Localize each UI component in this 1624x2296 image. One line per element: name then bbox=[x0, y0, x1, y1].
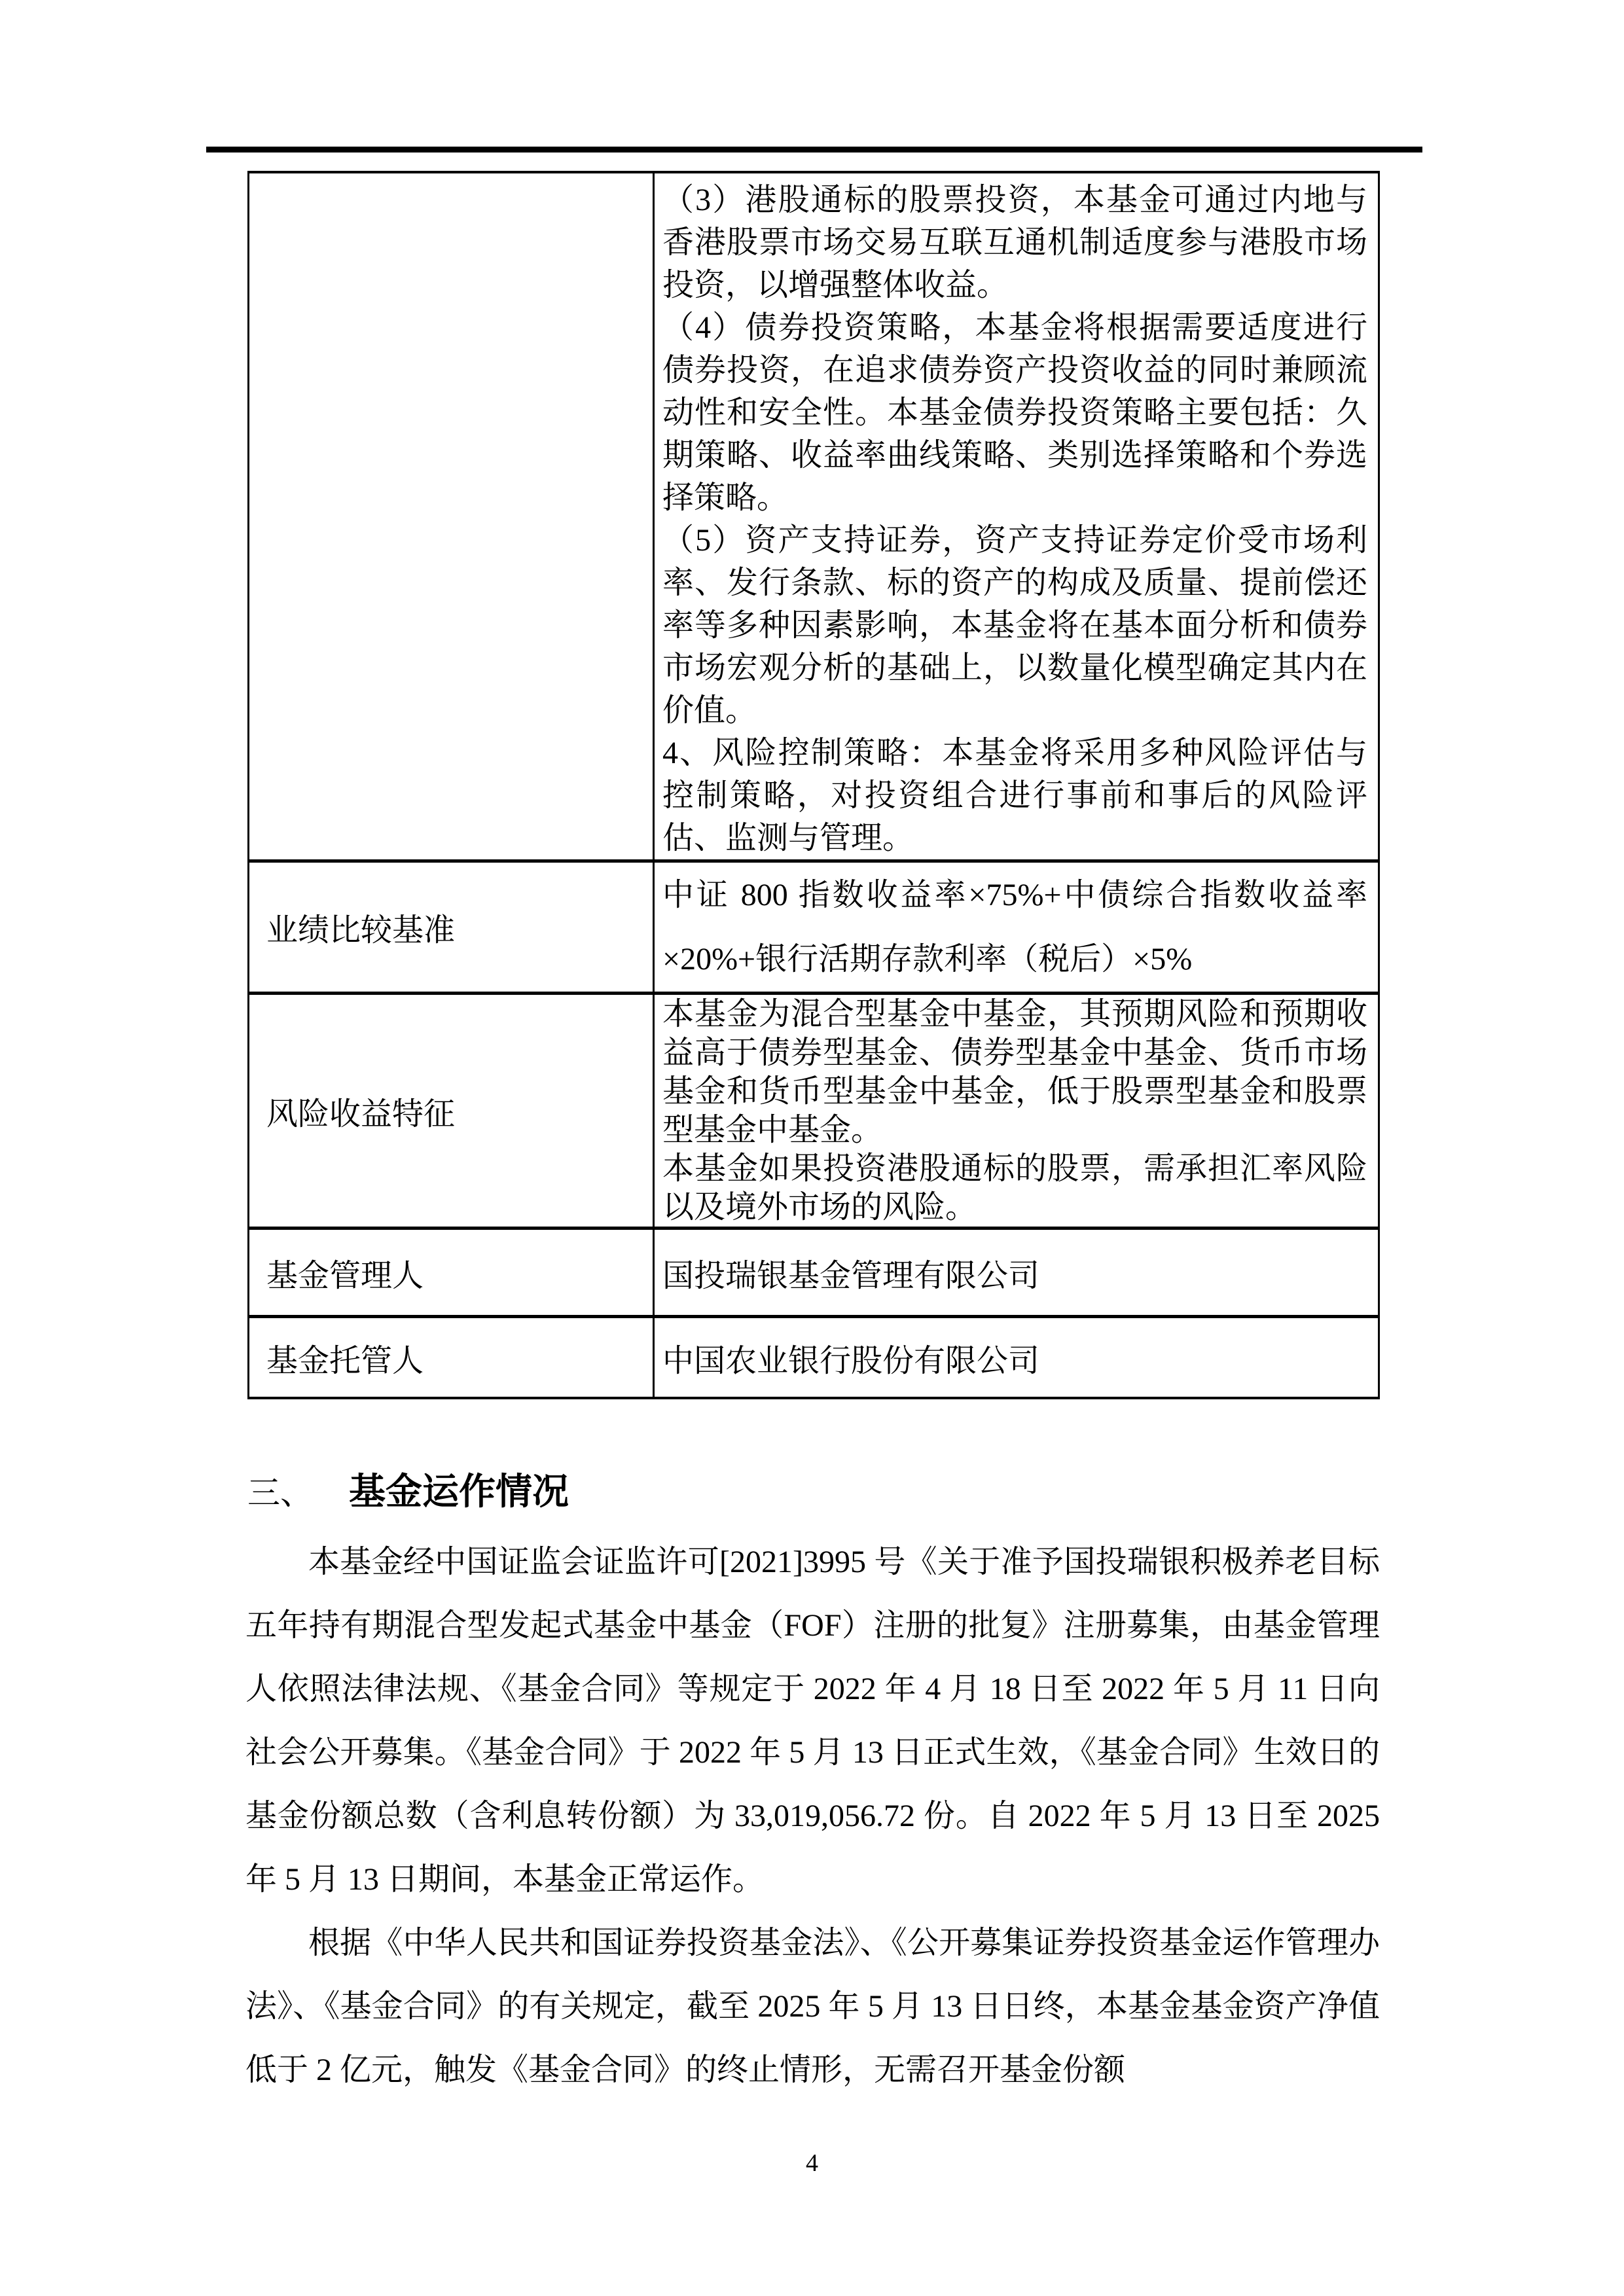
document-page: （3）港股通标的股票投资，本基金可通过内地与香港股票市场交易互联互通机制适度参与… bbox=[0, 0, 1624, 2296]
section-index: 三、 bbox=[247, 1475, 313, 1511]
section-title: 基金运作情况 bbox=[349, 1472, 569, 1513]
cell-paragraph: 国投瑞银基金管理有限公司 bbox=[662, 1250, 1367, 1295]
row-label-cell: 业绩比较基准 bbox=[249, 861, 654, 994]
table-row-benchmark: 业绩比较基准 中证 800 指数收益率×75%+中债综合指数收益率×20%+银行… bbox=[249, 861, 1379, 994]
cell-paragraph: 中国农业银行股份有限公司 bbox=[662, 1335, 1367, 1380]
page-number: 4 bbox=[0, 2149, 1624, 2178]
cell-paragraph: 本基金如果投资港股通标的股票，需承担汇率风险以及境外市场的风险。 bbox=[662, 1149, 1367, 1227]
row-label-cell bbox=[249, 172, 654, 861]
cell-paragraph: 中证 800 指数收益率×75%+中债综合指数收益率×20%+银行活期存款利率（… bbox=[662, 863, 1367, 992]
row-value-cell: 中证 800 指数收益率×75%+中债综合指数收益率×20%+银行活期存款利率（… bbox=[654, 861, 1379, 994]
table-row-fund-custodian: 基金托管人 中国农业银行股份有限公司 bbox=[249, 1317, 1379, 1399]
cell-paragraph: 4、风险控制策略：本基金将采用多种风险评估与控制策略，对投资组合进行事前和事后的… bbox=[662, 732, 1367, 859]
row-label-cell: 风险收益特征 bbox=[249, 994, 654, 1229]
cell-paragraph: 本基金为混合型基金中基金，其预期风险和预期收益高于债券型基金、债券型基金中基金、… bbox=[662, 995, 1367, 1149]
body-paragraph: 本基金经中国证监会证监许可[2021]3995 号《关于准予国投瑞银积极养老目标… bbox=[245, 1530, 1380, 1911]
row-value-cell: 国投瑞银基金管理有限公司 bbox=[654, 1229, 1379, 1317]
row-value-cell: （3）港股通标的股票投资，本基金可通过内地与香港股票市场交易互联互通机制适度参与… bbox=[654, 172, 1379, 861]
section-body: 本基金经中国证监会证监许可[2021]3995 号《关于准予国投瑞银积极养老目标… bbox=[245, 1530, 1380, 2102]
cell-paragraph: （3）港股通标的股票投资，本基金可通过内地与香港股票市场交易互联互通机制适度参与… bbox=[662, 179, 1367, 306]
row-value-cell: 本基金为混合型基金中基金，其预期风险和预期收益高于债券型基金、债券型基金中基金、… bbox=[654, 994, 1379, 1229]
table-row-investment-strategy: （3）港股通标的股票投资，本基金可通过内地与香港股票市场交易互联互通机制适度参与… bbox=[249, 172, 1379, 861]
table-row-risk-return: 风险收益特征 本基金为混合型基金中基金，其预期风险和预期收益高于债券型基金、债券… bbox=[249, 994, 1379, 1229]
table-row-fund-manager: 基金管理人 国投瑞银基金管理有限公司 bbox=[249, 1229, 1379, 1317]
row-label-cell: 基金托管人 bbox=[249, 1317, 654, 1399]
body-paragraph: 根据《中华人民共和国证券投资基金法》、《公开募集证券投资基金运作管理办法》、《基… bbox=[245, 1911, 1380, 2102]
cell-paragraph: （4）债券投资策略，本基金将根据需要适度进行债券投资，在追求债券资产投资收益的同… bbox=[662, 306, 1367, 519]
fund-overview-table: （3）港股通标的股票投资，本基金可通过内地与香港股票市场交易互联互通机制适度参与… bbox=[247, 171, 1380, 1399]
section-heading: 三、基金运作情况 bbox=[247, 1463, 569, 1515]
row-label-cell: 基金管理人 bbox=[249, 1229, 654, 1317]
row-value-cell: 中国农业银行股份有限公司 bbox=[654, 1317, 1379, 1399]
cell-paragraph: （5）资产支持证券，资产支持证券定价受市场利率、发行条款、标的资产的构成及质量、… bbox=[662, 519, 1367, 732]
header-rule bbox=[206, 147, 1422, 152]
